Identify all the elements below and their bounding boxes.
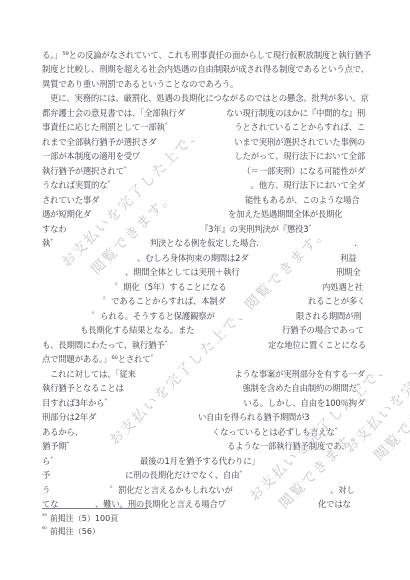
text-fragment: 異質であり重い刑罰であるということなのであろう。 — [42, 79, 238, 90]
text-fragment: ない現行制度のほかに『中間的な』刑 — [226, 108, 365, 119]
text-fragment: れることが多く — [308, 296, 365, 307]
text-row: てな、難い。刑の長期化と言える場合ヷ化ではな — [0, 499, 410, 511]
footnote-marker: ⁵⁹ — [42, 513, 47, 520]
text-fragment: ら゛ — [42, 456, 58, 467]
text-fragment: 執行猶予となることは — [42, 383, 124, 394]
text-fragment: 化ではな — [318, 499, 351, 510]
text-fragment: 執゛ — [42, 238, 58, 249]
text-row: 事責任に応じた刑罰として一部執゛うとされていることからすれば、こ — [0, 122, 410, 134]
text-row: ゜であることからすれば、本制ダれることが多く — [0, 296, 410, 308]
footnote: ⁶⁰前掲注（56） — [42, 526, 100, 537]
text-row: 、期間全体としては実刑＋執行刑期全 — [0, 267, 410, 279]
text-fragment: も、長期間にわたって、執行猶予゛ — [42, 340, 173, 351]
text-fragment: 猶予期゛ — [42, 441, 75, 452]
text-fragment: これに対しては、「従来 — [50, 369, 136, 380]
text-fragment: 最後の1月を猶予する代わりに」 — [140, 456, 260, 467]
text-row: ゜期化（5年）することになる内処遇と社 — [0, 282, 410, 294]
text-row: されていた事ダ能性もあるが、このような場合 — [0, 195, 410, 207]
text-fragment: 一部が本制度の適用を受ヷ — [42, 151, 140, 162]
text-row: る。」⁵⁹との反論がなされていて、これも刑事責任の面からして現行仮釈放制度と執行… — [0, 50, 410, 62]
text-fragment: すなわ — [42, 224, 67, 235]
text-fragment: あるから、 — [42, 427, 83, 438]
text-fragment: ゜罰化だと言えるかもしれないが — [110, 485, 233, 496]
text-row: 予に刑の長期化だけでなく、自由゛ — [0, 470, 410, 482]
text-fragment: も長期化する結果となる。また — [80, 325, 194, 336]
text-fragment: 内処遇と社 — [322, 282, 363, 293]
text-fragment: ような事案が実刑部分を有する一ダ — [234, 369, 365, 380]
text-fragment: . — [354, 238, 356, 249]
text-row: 点で問題がある。」⁶⁰とされて゛ — [0, 354, 410, 366]
text-fragment: 都弁護士会の意見書では、「全部執行ダ — [42, 108, 185, 119]
text-fragment: うなれば実質的な゛ — [42, 180, 116, 191]
text-fragment: 、期間全体としては実刑＋執行 — [125, 267, 239, 278]
text-fragment: 定な地位に置くことになる — [268, 340, 366, 351]
text-row: う゜罰化だと言えるかもしれないが、対し — [0, 485, 410, 497]
text-row: 遇が短期化ダを加えた処遇期間全体が長期化 — [0, 209, 410, 221]
text-row: も、長期間にわたって、執行猶予゛定な地位に置くことになる — [0, 340, 410, 352]
text-fragment: 限される期間が刑 — [296, 311, 361, 322]
text-row: 異質であり重い刑罰であるということなのであろう。 — [0, 79, 410, 91]
text-fragment: を加えた処遇期間全体が長期化 — [228, 209, 342, 220]
text-fragment: いる。しかし、自由を100％拘ダ — [243, 398, 365, 409]
text-fragment: 行猶予の場合であって — [282, 325, 364, 336]
text-fragment: されていた事ダ — [42, 195, 99, 206]
text-row: これに対しては、「従来ような事案が実刑部分を有する一ダ — [0, 369, 410, 381]
text-row: 制度と比較し、刑期を超える社会内処遇の自由制限が成され得る制度であるという点で、 — [0, 64, 410, 76]
text-fragment: 目すれば3年から゛ — [42, 398, 113, 409]
text-row: ら゛最後の1月を猶予する代わりに」 — [0, 456, 410, 468]
text-fragment: うとされていることからすれば、こ — [234, 122, 365, 133]
text-row: 執行猶予となることは強制を含めた自由制約の期間だ゛ — [0, 383, 410, 395]
text-fragment: ゜られる。そうすると保護観察が — [92, 311, 215, 322]
text-row: うなれば実質的な゛。他方、現行法下において全ダ — [0, 180, 410, 192]
text-fragment: るような一部執行猶予制度であ、 — [227, 441, 349, 452]
text-fragment: い自由を得られる猶予期間が3 — [198, 412, 309, 423]
text-fragment: 強制を含めた自由制約の期間だ゛ — [242, 383, 365, 394]
text-fragment: 、対し — [330, 485, 355, 496]
text-fragment: くなっているとは必ずしも言えな゛ — [212, 427, 343, 438]
text-fragment: 、むしろ身体拘束の期間は2ダ — [137, 253, 248, 264]
text-fragment: う — [42, 485, 50, 496]
text-row: も長期化する結果となる。また行猶予の場合であって — [0, 325, 410, 337]
text-fragment: 点で問題がある。」⁶⁰とされて゛ — [42, 354, 159, 365]
text-fragment: 制度と比較し、刑期を超える社会内処遇の自由制限が成され得る制度であるという点で、 — [42, 64, 369, 75]
text-fragment: 刑期全 — [336, 267, 361, 278]
text-fragment: 刑部分は2年ダ — [42, 412, 96, 423]
text-fragment: したがって、現行法下において全部 — [234, 151, 365, 162]
footnote: ⁵⁹前掲注（5）100頁 — [42, 513, 118, 524]
text-fragment: 予 — [42, 470, 50, 481]
text-fragment: 遇が短期化ダ — [42, 209, 91, 220]
footnote-marker: ⁶⁰ — [42, 526, 47, 533]
text-fragment: に刑の長期化だけでなく、自由゛ — [125, 470, 247, 481]
text-row: あるから、くなっているとは必ずしも言えな゛ — [0, 427, 410, 439]
footnote-text: 前掲注（56） — [50, 527, 100, 536]
text-fragment: れまで全部執行猶予が選択さダ — [42, 137, 156, 148]
footnote-separator — [42, 508, 148, 509]
text-fragment: いまで実刑が選択されていた事例の — [234, 137, 365, 148]
text-fragment: 判決となる例を仮定した場合. — [150, 238, 259, 249]
text-row: れまで全部執行猶予が選択さダいまで実刑が選択されていた事例の — [0, 137, 410, 149]
text-fragment: る。」⁵⁹との反論がなされていて、これも刑事責任の面からして現行仮釈放制度と執行… — [42, 50, 371, 61]
text-row: 執゛判決となる例を仮定した場合.. — [0, 238, 410, 250]
text-fragment: 能性もあるが、このような場合 — [245, 195, 359, 206]
text-fragment: 更に、実務的には、厳罰化、処遇の長期化につながるのではとの懸念、批判が多い。京 — [50, 93, 369, 104]
text-row: すなわ『3年』の実刑判決が『懲役3゛ — [0, 224, 410, 236]
text-row: 更に、実務的には、厳罰化、処遇の長期化につながるのではとの懸念、批判が多い。京 — [0, 93, 410, 105]
document-page: る。」⁵⁹との反論がなされていて、これも刑事責任の面からして現行仮釈放制度と執行… — [0, 0, 410, 580]
text-fragment: 。他方、現行法下において全ダ — [251, 180, 365, 191]
text-fragment: 事責任に応じた刑罰として一部執゛ — [42, 122, 173, 133]
text-row: 都弁護士会の意見書では、「全部執行ダない現行制度のほかに『中間的な』刑 — [0, 108, 410, 120]
text-row: 、むしろ身体拘束の期間は2ダ利益 — [0, 253, 410, 265]
text-row: 執行猶予が選択されて゛（＝一部実刑）になる可能性がダ — [0, 166, 410, 178]
text-fragment: 利益 — [340, 253, 356, 264]
text-fragment: 執行猶予が選択されて゛ — [42, 166, 132, 177]
text-row: 一部が本制度の適用を受ヷしたがって、現行法下において全部 — [0, 151, 410, 163]
footnote-text: 前掲注（5）100頁 — [50, 514, 118, 523]
text-fragment: ゜であることからすれば、本制ダ — [103, 296, 226, 307]
text-fragment: 『3年』の実刑判決が『懲役3゛ — [200, 224, 317, 235]
text-row: 目すれば3年から゛いる。しかし、自由を100％拘ダ — [0, 398, 410, 410]
text-row: 刑部分は2年ダい自由を得られる猶予期間が3 — [0, 412, 410, 424]
text-row: 猶予期゛るような一部執行猶予制度であ、 — [0, 441, 410, 453]
text-fragment: （＝一部実刑）になる可能性がダ — [242, 166, 365, 177]
text-row: ゜られる。そうすると保護観察が限される期間が刑 — [0, 311, 410, 323]
text-fragment: ゜期化（5年）することになる — [115, 282, 226, 293]
